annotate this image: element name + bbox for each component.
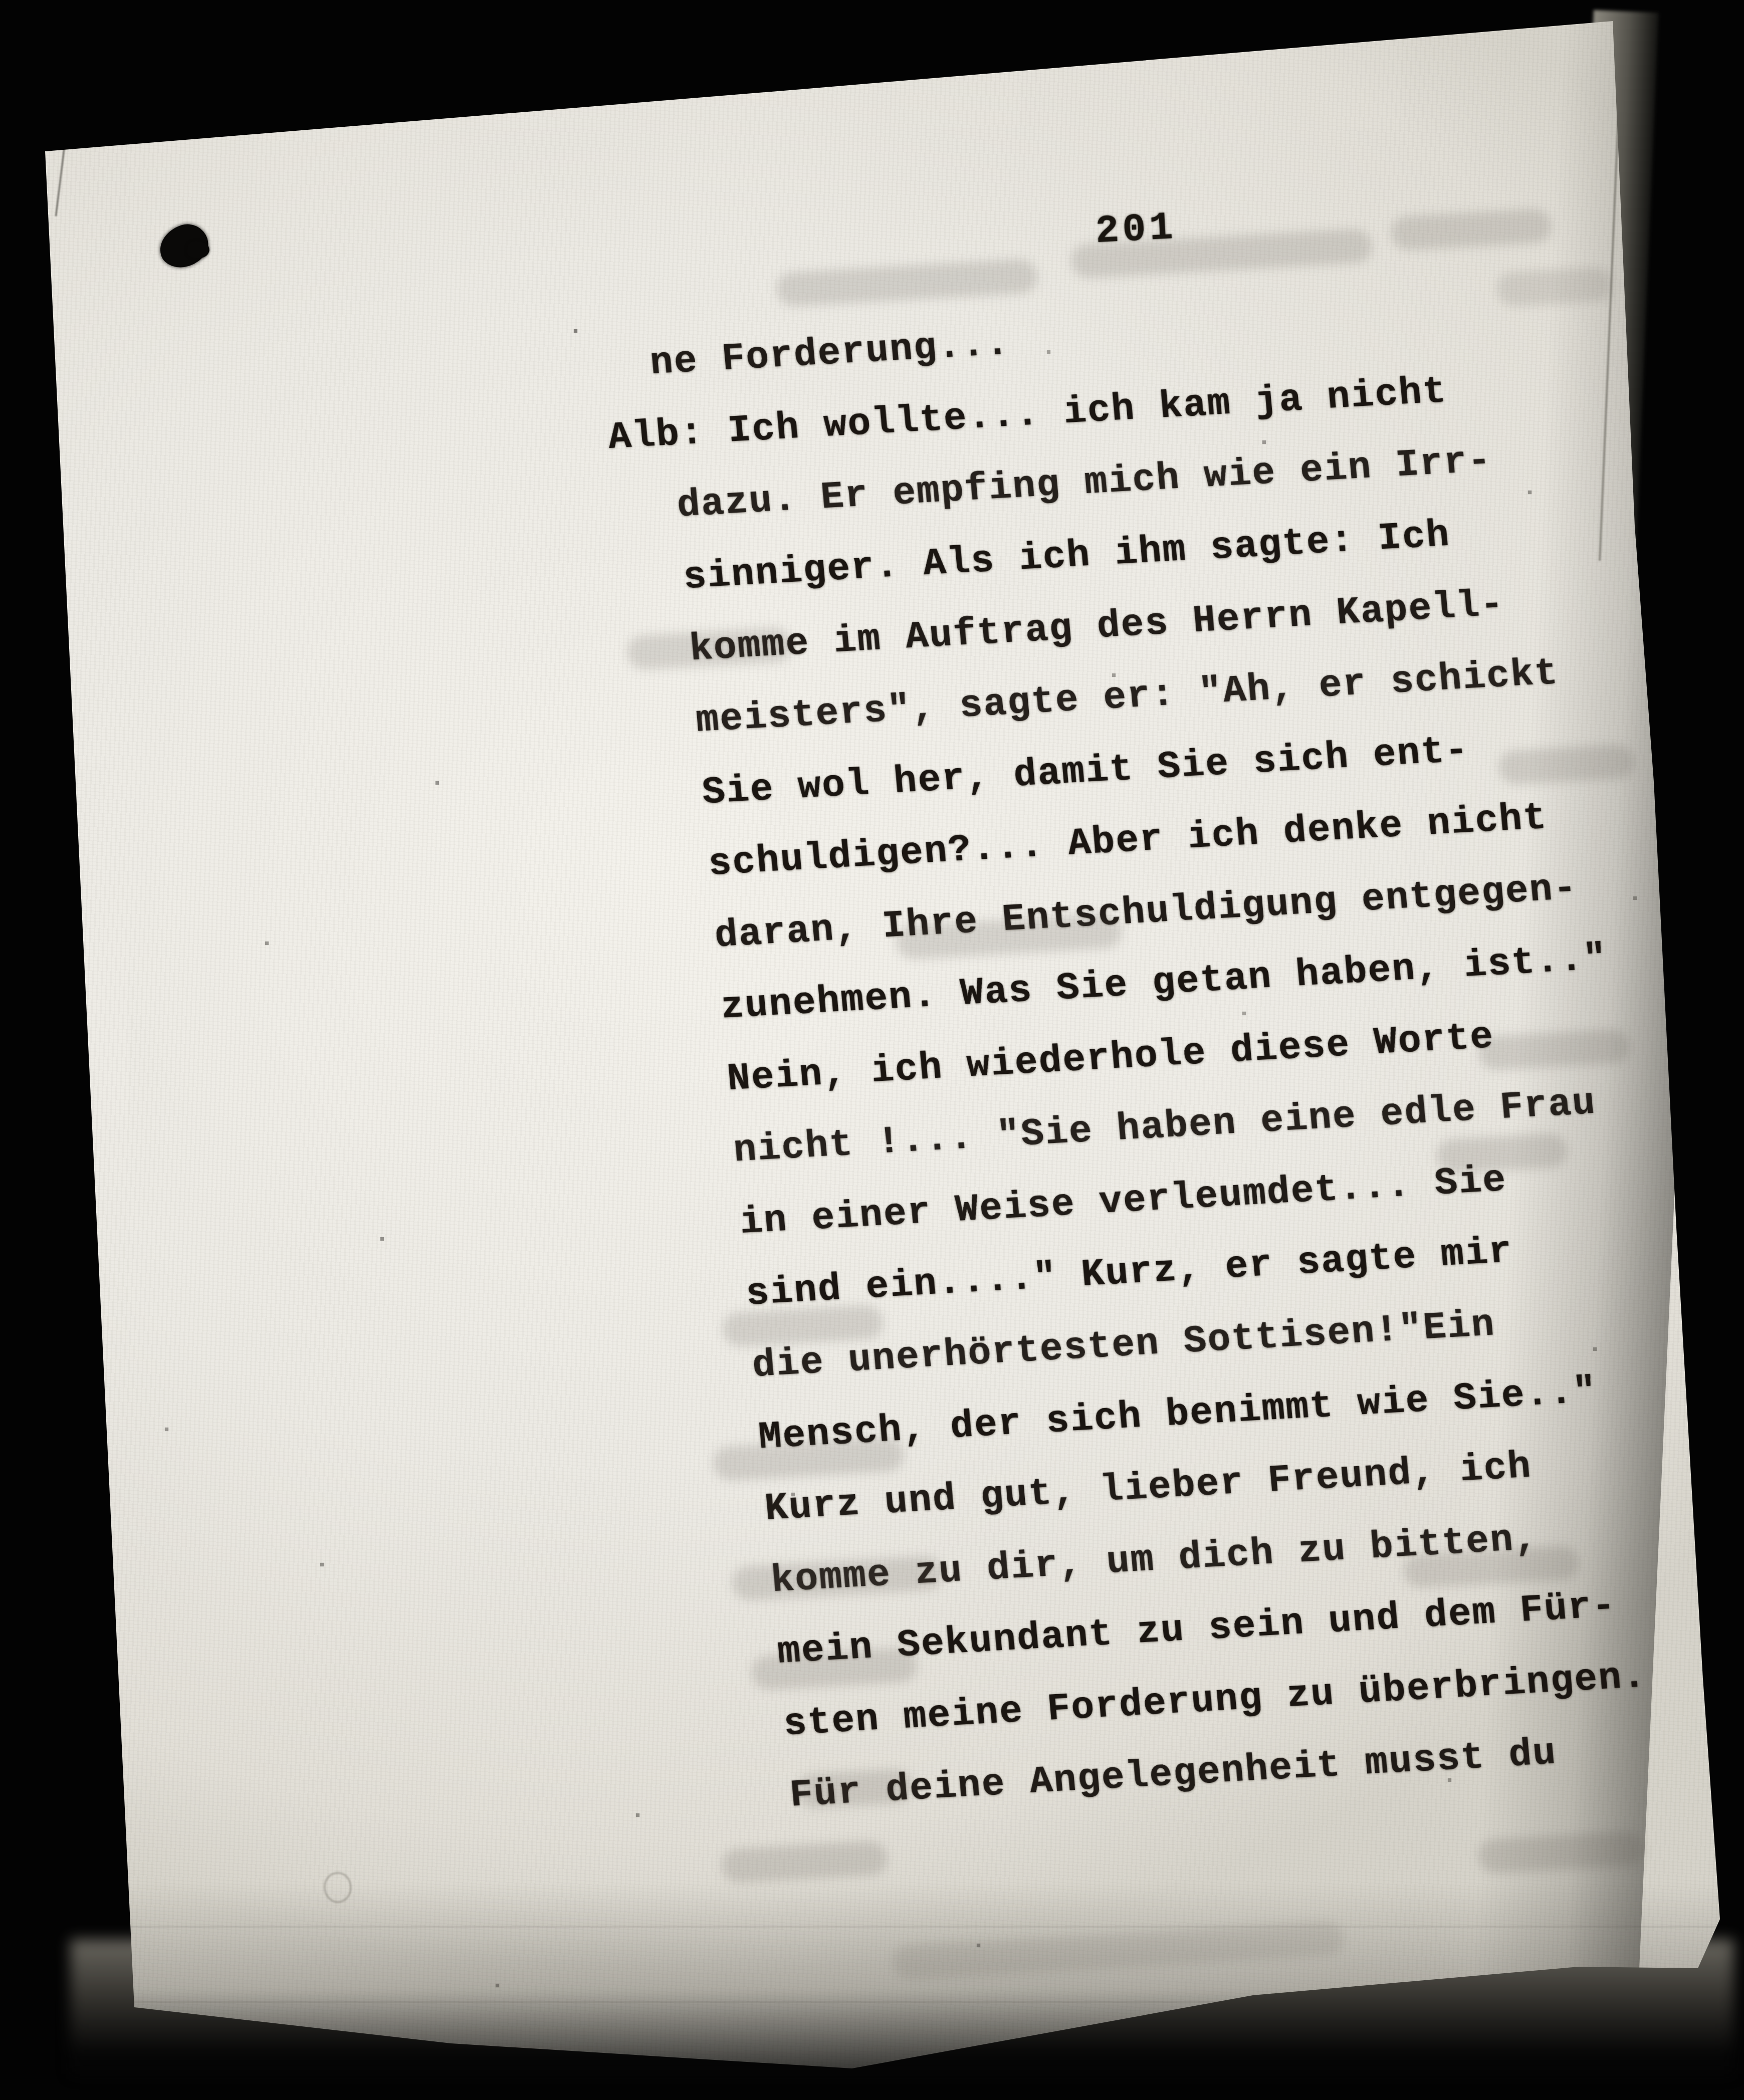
bleed-through-smudge — [796, 1768, 914, 1809]
bleed-through-smudge — [1435, 1132, 1569, 1174]
typed-text-block: ne Forderung...Alb: Ich wollte... ich ka… — [599, 271, 1744, 1835]
dust-specks — [0, 0, 3, 3]
bleed-through-smudge — [1495, 267, 1614, 307]
scanner-background: 201 ne Forderung...Alb: Ich wollte... ic… — [0, 0, 1744, 2072]
manuscript-page: 201 ne Forderung...Alb: Ich wollte... ic… — [0, 0, 1744, 2072]
